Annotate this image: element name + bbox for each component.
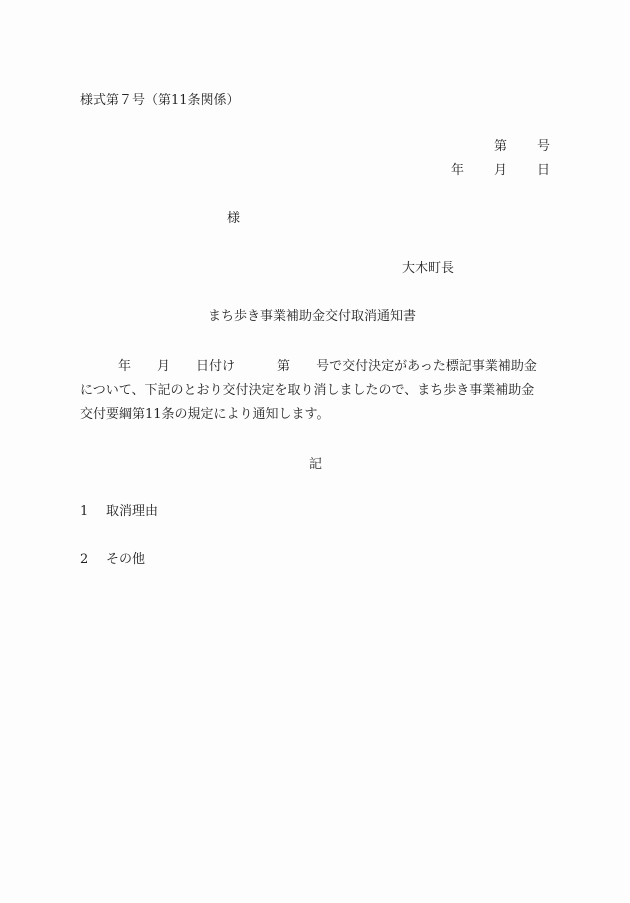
- item-number: 1: [80, 505, 106, 518]
- list-item: 1取消理由: [80, 505, 158, 518]
- body-line-1: 年月日付け第号で交付決定があった標記事業補助金: [80, 355, 552, 379]
- date-day: 日: [537, 163, 550, 178]
- item-number: 2: [80, 553, 106, 566]
- item-label: 取消理由: [106, 504, 158, 519]
- item-label: その他: [106, 552, 145, 567]
- doc-no-dai: 第: [494, 139, 507, 154]
- issuer-name: 大木町長: [402, 262, 454, 275]
- date-month: 月: [494, 163, 507, 178]
- document-title: まち歩き事業補助金交付取消通知書: [208, 310, 416, 323]
- document-page: 様式第７号（第11条関係） 第号 年月日 様 大木町長 まち歩き事業補助金交付取…: [0, 0, 630, 903]
- date-year: 年: [451, 163, 464, 178]
- body-line-3: 交付要綱第11条の規定により通知します。: [80, 403, 552, 427]
- list-item: 2その他: [80, 553, 145, 566]
- form-number: 様式第７号（第11条関係）: [80, 94, 240, 107]
- body-line-2: について、下記のとおり交付決定を取り消しましたので、まち歩き事業補助金: [80, 379, 552, 403]
- date-line: 年月日: [451, 164, 550, 177]
- body-paragraph: 年月日付け第号で交付決定があった標記事業補助金 について、下記のとおり交付決定を…: [80, 355, 552, 427]
- ki-heading: 記: [309, 458, 322, 471]
- doc-no-go: 号: [537, 139, 550, 154]
- document-number-line: 第号: [494, 140, 550, 153]
- addressee-suffix: 様: [227, 212, 240, 225]
